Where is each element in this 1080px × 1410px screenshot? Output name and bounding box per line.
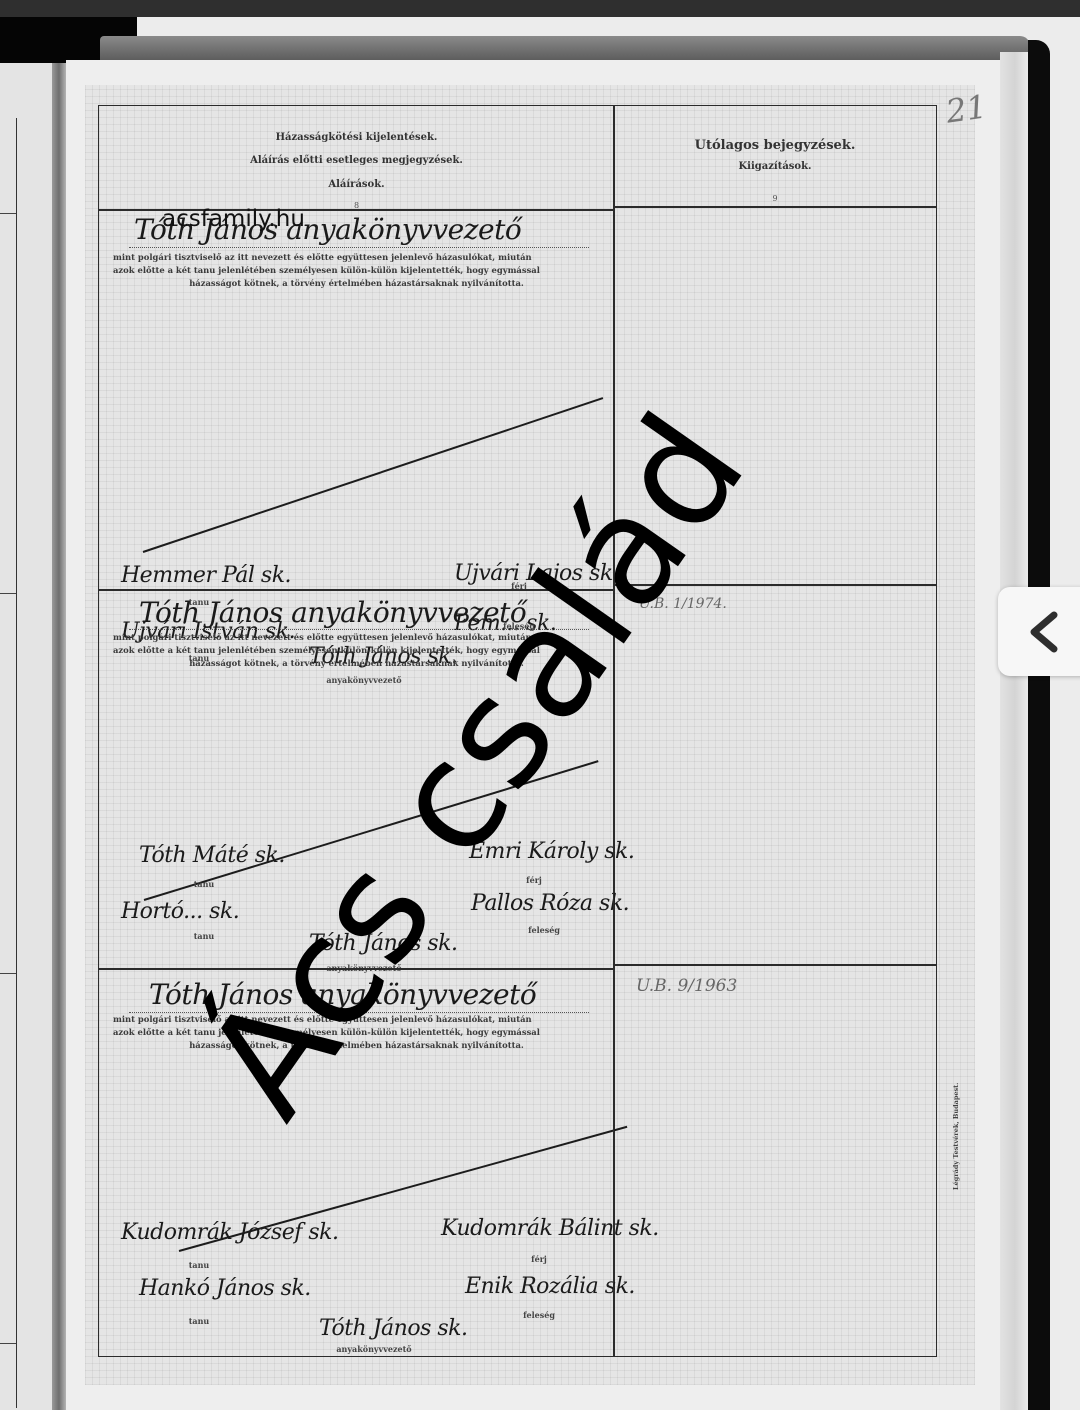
entry-divider [614, 964, 936, 966]
later-note-entry-3: U.B. 9/1963 [636, 976, 737, 996]
witness2-role: tanu [144, 931, 264, 941]
witness1-signature: Kudomrák József sk. [121, 1220, 338, 1245]
witness2-signature: Hortó... sk. [121, 899, 239, 924]
left-header-line3: Aláírások. [99, 179, 614, 190]
registrar-signature: Tóth János sk. [319, 1316, 467, 1341]
right-header-line1: Utólagos bejegyzések. [614, 138, 936, 153]
witness1-signature: Tóth Máté sk. [139, 843, 285, 868]
book-top-edge [100, 36, 1030, 60]
dotted-line [129, 247, 589, 248]
printed-line-3: házasságot kötnek, a törvény értelmében … [113, 277, 600, 290]
previous-page-edge [0, 63, 52, 1410]
left-header-line2: Aláírás előtti esetleges megjegyzések. [99, 155, 614, 166]
bride-role: feleség [479, 1310, 599, 1320]
printed-line-2: azok előtte a két tanu jelenlétében szem… [113, 265, 540, 275]
later-entries-column: Utólagos bejegyzések. Kiigazítások. 9 U.… [613, 105, 937, 1357]
left-header-line1: Házasságkötési kijelentések. [99, 132, 614, 143]
right-column-number: 9 [614, 194, 936, 203]
bride-signature: Enik Rozália sk. [465, 1274, 635, 1299]
groom-role: férj [479, 1254, 599, 1264]
bride-role: feleség [484, 925, 604, 935]
book-cover-edge [1028, 40, 1050, 1410]
printed-line-1: mint polgári tisztviselő az itt nevezett… [113, 252, 532, 262]
page-edge-strip [1000, 52, 1030, 1410]
printer-imprint: Légrády Testvérek, Budapest. [952, 1083, 960, 1190]
site-watermark: acsfamily.hu [162, 206, 305, 232]
chevron-left-icon [1026, 611, 1062, 653]
witness1-role: tanu [144, 879, 264, 889]
collapse-panel-button[interactable] [998, 587, 1080, 676]
witness1-signature: Hemmer Pál sk. [121, 563, 291, 588]
right-header-line2: Kiigazítások. [614, 161, 936, 172]
header-divider [614, 206, 936, 208]
bride-signature: Pallos Róza sk. [471, 891, 629, 916]
prev-page-hline [0, 1343, 16, 1344]
prev-page-hline [0, 973, 16, 974]
witness2-role: tanu [139, 1316, 259, 1326]
prev-page-rule [16, 118, 17, 1408]
registrar-role: anyakönyvvezető [314, 1344, 434, 1354]
viewer-top-bar [0, 0, 1080, 17]
prev-page-hline [0, 213, 16, 214]
book-gutter [52, 63, 66, 1410]
printed-declaration: mint polgári tisztviselő az itt nevezett… [113, 251, 600, 290]
witness2-signature: Hankó János sk. [139, 1276, 311, 1301]
handwritten-page-number: 21 [944, 87, 990, 130]
prev-page-hline [0, 593, 16, 594]
witness1-role: tanu [139, 1260, 259, 1270]
